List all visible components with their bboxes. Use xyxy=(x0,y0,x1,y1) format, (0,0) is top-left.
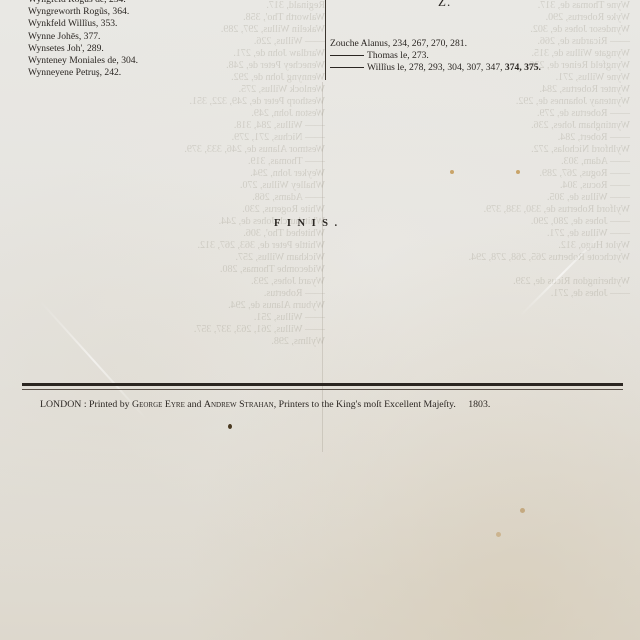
imprint-conjunction: and xyxy=(187,399,201,410)
index-entry: Wynkfeld Willĩus, 353. xyxy=(28,18,138,30)
imprint-separator: : xyxy=(84,399,87,410)
foxing-spot xyxy=(516,170,520,174)
index-entry: Wynneyene Petruş, 242. xyxy=(28,67,138,79)
imprint-suffix: , Printers to the King's moſt Excellent … xyxy=(274,399,456,410)
imprint-place: LONDON xyxy=(40,399,81,410)
foxing-spot xyxy=(450,170,454,174)
index-entry: Wynteney Moniales de, 304. xyxy=(28,55,138,67)
z-entries: Zouche Alanus, 234, 267, 270, 281. Thoma… xyxy=(330,38,620,75)
left-column-index: Wyngfeld Rogũs de, 234. Wyngreworth Rogũ… xyxy=(28,0,138,79)
imprint-rule-thin xyxy=(22,389,623,390)
imprint-printer-1: George Eyre xyxy=(132,399,185,410)
index-entry-sub: Willĩus le, 278, 293, 304, 307, 347, 374… xyxy=(330,62,620,74)
index-entry: Wynne Johēs, 377. xyxy=(28,31,138,43)
printer-imprint: LONDON : Printed by George Eyre and Andr… xyxy=(40,399,490,410)
right-column-index: Z. Zouche Alanus, 234, 267, 270, 281. Th… xyxy=(330,0,620,75)
imprint-year: 1803. xyxy=(468,399,490,410)
letter-heading-z: Z. xyxy=(330,0,620,12)
foxing-spot xyxy=(520,508,525,513)
ditto-dash xyxy=(330,67,364,68)
ditto-dash xyxy=(330,55,364,56)
imprint-printer-2: Andrew Strahan xyxy=(204,399,274,410)
index-entry-text: Thomas le, 273. xyxy=(367,50,429,61)
index-entry: Zouche Alanus, 234, 267, 270, 281. xyxy=(330,38,620,50)
index-entry: Wynsetes Joh', 289. xyxy=(28,43,138,55)
index-entry-bold-pages: 374, 375. xyxy=(505,62,541,73)
column-divider-rule xyxy=(325,0,326,80)
foxing-spot xyxy=(496,532,501,537)
imprint-printed-by: Printed by xyxy=(89,399,130,410)
index-entry-sub: Thomas le, 273. xyxy=(330,50,620,62)
bleed-through-left: Reginald, 317. Walworth Tho', 358. Wakel… xyxy=(185,0,325,348)
index-entry-text: Willĩus le, 278, 293, 304, 307, 347, xyxy=(367,62,505,73)
finis-heading: FINIS. xyxy=(274,218,344,229)
fold-line xyxy=(322,82,323,452)
index-entry: Wyngreworth Rogũs, 364. xyxy=(28,6,138,18)
imprint-rule-thick xyxy=(22,383,623,386)
foxing-spot xyxy=(228,424,232,429)
